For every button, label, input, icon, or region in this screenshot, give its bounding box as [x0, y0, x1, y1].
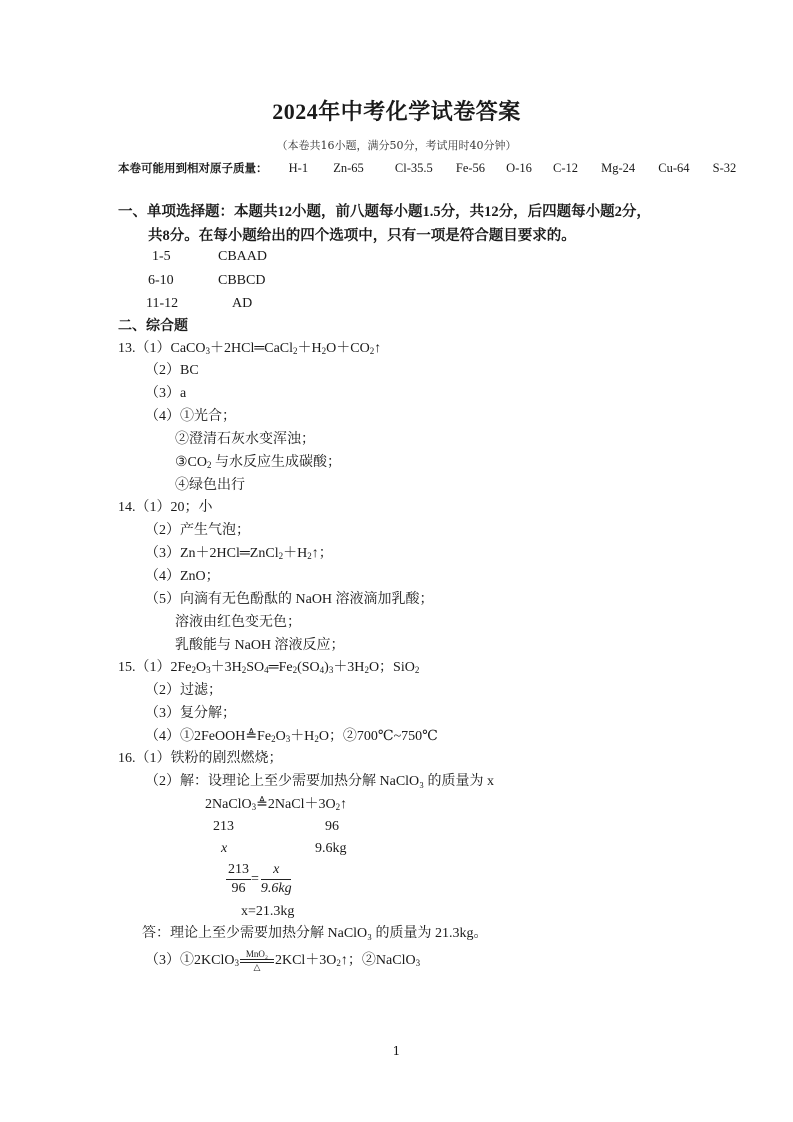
- q16-part3: （3）①2KClO3MnO₂△2KCl＋3O2↑；②NaClO3: [145, 950, 420, 972]
- q14-part3: （3）Zn＋2HCl═ZnCl2＋H2↑；: [145, 545, 333, 563]
- answer-value: CBBCD: [218, 272, 265, 290]
- result: x=21.3kg: [241, 903, 294, 921]
- q14-part5: （5）向滴有无色酚酞的 NaOH 溶液滴加乳酸；: [145, 591, 434, 609]
- atomic-masses: 本卷可能用到相对原子质量： H-1 Zn-65 Cl-35.5 Fe-56 O-…: [118, 160, 736, 176]
- question-number: 14.: [118, 500, 136, 515]
- q15-part1: 15.（1）2Fe2O3＋3H2SO4═Fe2(SO4)3＋3H2O；SiO2: [118, 659, 419, 677]
- part-label: （3）: [145, 953, 180, 968]
- question-number: 13.: [118, 341, 136, 356]
- proportion-equation: 213 96 = x 9.6kg: [226, 861, 294, 898]
- q15-part4: （4）①2FeOOH≜Fe2O3＋H2O；②700℃~750℃: [145, 728, 438, 746]
- q14-part5-2: 溶液由红色变无色；: [175, 614, 301, 632]
- unknown-mass: x: [221, 840, 227, 858]
- answer-value: AD: [232, 295, 252, 313]
- atomic-masses-label: 本卷可能用到相对原子质量：: [118, 161, 268, 175]
- fraction-left: 213 96: [226, 861, 251, 898]
- answer-text: （1）20；小: [136, 500, 213, 515]
- section1-heading-line1: 一、单项选择题：本题共12小题，前八题每小题1.5分，共12分，后四题每小题2分…: [118, 203, 651, 221]
- question-number: 15.: [118, 660, 136, 675]
- section2-heading: 二、综合题: [118, 318, 188, 336]
- answer-range: 1-5: [152, 248, 171, 266]
- q14-part1: 14.（1）20；小: [118, 499, 213, 517]
- q15-part3: （3）复分解；: [145, 705, 236, 723]
- q14-part2: （2）产生气泡；: [145, 522, 250, 540]
- part-label: （3）: [145, 546, 180, 561]
- q16-part1: 16.（1）铁粉的剧烈燃烧；: [118, 750, 283, 768]
- atomic-mass: O-16: [506, 161, 532, 176]
- q13-part4-2: ②澄清石灰水变浑浊；: [175, 431, 315, 449]
- answer-text: （1）铁粉的剧烈燃烧；: [136, 751, 283, 766]
- final-answer: 答：理论上至少需要加热分解 NaClO₃ 的质量为 21.3kg。: [142, 925, 488, 943]
- q15-part2: （2）过滤；: [145, 682, 222, 700]
- q13-part3: （3）a: [145, 385, 186, 403]
- part-label: （1）: [136, 341, 171, 356]
- section1-heading-line2: 共8分。在每小题给出的四个选项中，只有一项是符合题目要求的。: [148, 227, 576, 245]
- equation: 2Fe2O3＋3H2SO4═Fe2(SO4)3＋3H2O；SiO2: [171, 660, 420, 675]
- q16-part2-intro: （2）解：设理论上至少需要加热分解 NaClO₃ 的质量为 x: [145, 773, 494, 791]
- part-label: （1）: [136, 660, 171, 675]
- page-title: 2024年中考化学试卷答案: [0, 95, 793, 126]
- atomic-mass: Cu-64: [658, 161, 689, 176]
- fraction-right: x 9.6kg: [259, 861, 294, 898]
- reaction-condition: MnO₂△: [240, 950, 274, 972]
- q14-part5-3: 乳酸能与 NaOH 溶液反应；: [175, 637, 345, 655]
- q13-part4-4: ④绿色出行: [175, 477, 245, 495]
- known-mass: 9.6kg: [315, 840, 347, 858]
- decomposition-equation: 2NaClO3≜2NaCl＋3O2↑: [205, 796, 347, 814]
- equation: ①2KClO3MnO₂△2KCl＋3O2↑；②NaClO3: [180, 953, 420, 968]
- answer-text: 与水反应生成碳酸；: [215, 455, 341, 470]
- atomic-mass: Mg-24: [601, 161, 635, 176]
- denominator: 96: [230, 880, 248, 898]
- answer-range: 6-10: [148, 272, 174, 290]
- molar-mass-right: 96: [325, 818, 339, 836]
- q13-part4-3: ③CO2 与水反应生成碳酸；: [175, 454, 341, 472]
- atomic-mass: C-12: [553, 161, 578, 176]
- heat-icon: △: [253, 963, 260, 972]
- atomic-mass: H-1: [289, 161, 308, 176]
- part-label: （4）: [145, 729, 180, 744]
- answer-range: 11-12: [146, 295, 178, 313]
- numerator: x: [261, 861, 291, 880]
- answer-text: ①光合；: [180, 409, 236, 424]
- catalyst-label: MnO₂: [246, 950, 268, 959]
- equation: Zn＋2HCl═ZnCl2＋H2↑；: [180, 546, 333, 561]
- atomic-mass: Cl-35.5: [395, 161, 433, 176]
- page-number: 1: [0, 1044, 793, 1058]
- part-label: （4）: [145, 409, 180, 424]
- q14-part4: （4）ZnO；: [145, 568, 220, 586]
- q13-part1: 13.（1）CaCO3＋2HCl═CaCl2＋H2O＋CO2↑: [118, 340, 381, 358]
- equation: CaCO3＋2HCl═CaCl2＋H2O＋CO2↑: [171, 341, 382, 356]
- atomic-mass: Zn-65: [333, 161, 364, 176]
- numerator: 213: [226, 861, 251, 880]
- question-number: 16.: [118, 751, 136, 766]
- answer-value: CBAAD: [218, 248, 267, 266]
- q13-part2: （2）BC: [145, 362, 199, 380]
- atomic-mass: S-32: [713, 161, 737, 176]
- denominator: 9.6kg: [259, 880, 294, 898]
- atomic-mass: Fe-56: [456, 161, 485, 176]
- q13-part4: （4）①光合；: [145, 408, 236, 426]
- equation: ①2FeOOH≜Fe2O3＋H2O: [180, 729, 329, 744]
- temperature-range: ；②700℃~750℃: [329, 729, 438, 744]
- exam-info: （本卷共16小题，满分50分，考试用时40分钟）: [0, 137, 793, 153]
- molar-mass-left: 213: [213, 818, 234, 836]
